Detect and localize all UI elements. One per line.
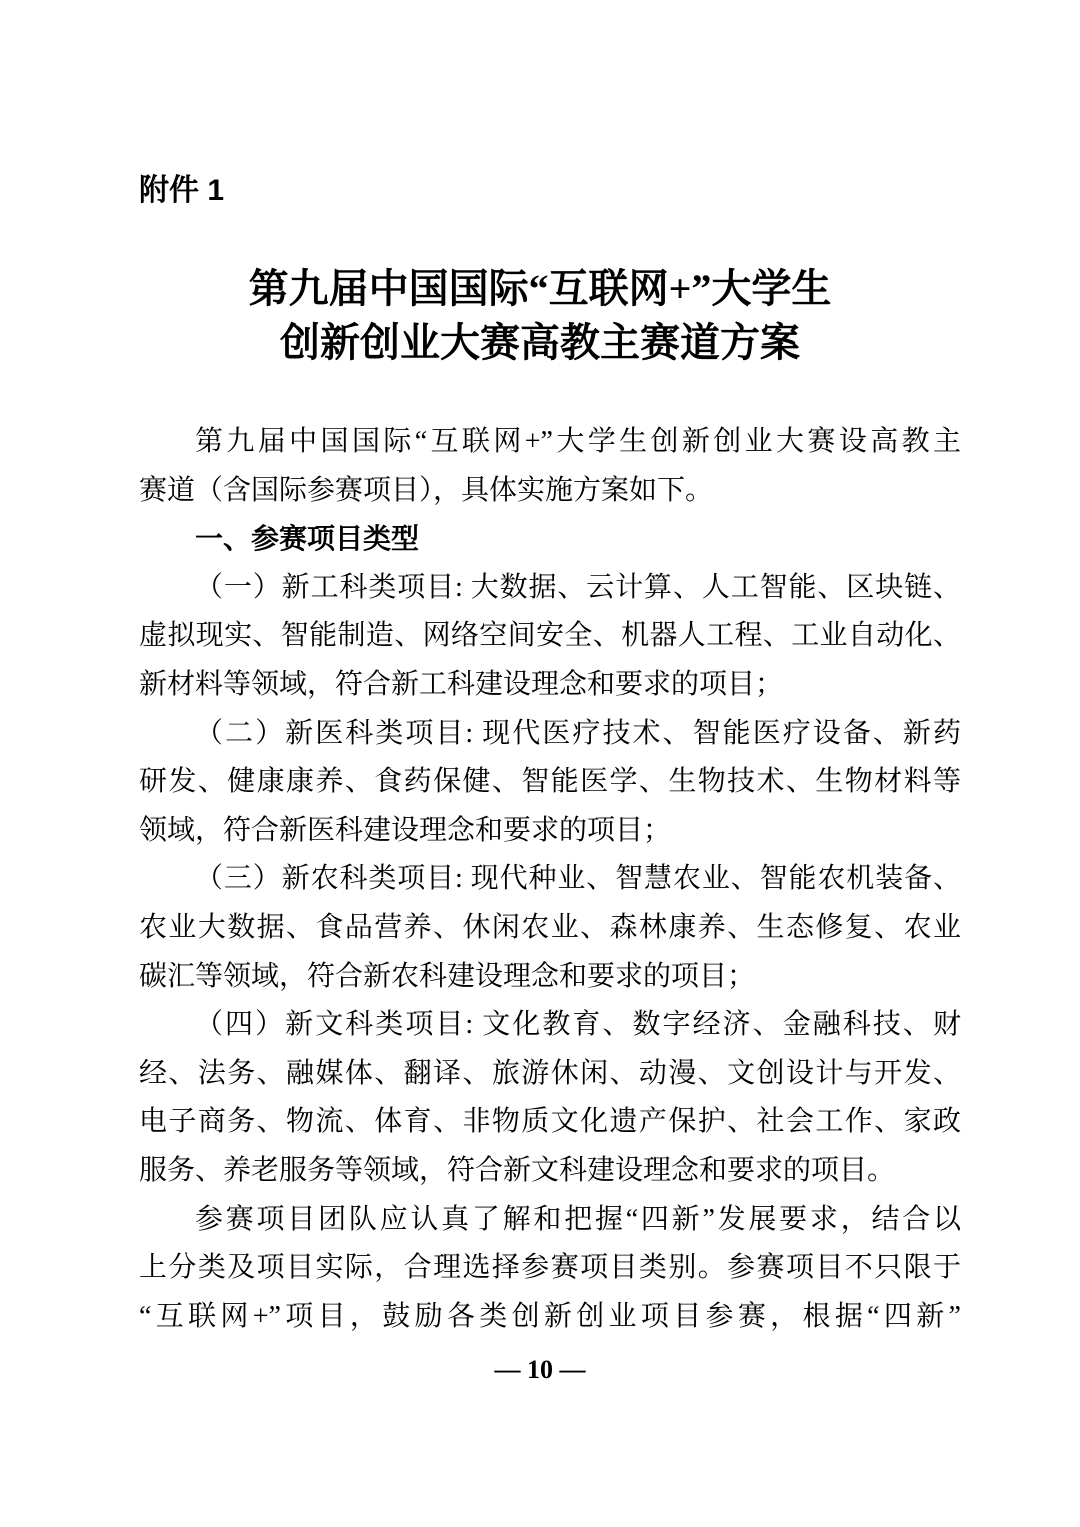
- document-title: 第九届中国国际“互联网+”大学生 创新创业大赛高教主赛道方案: [0, 262, 1080, 370]
- document-page: 附件 1 第九届中国国际“互联网+”大学生 创新创业大赛高教主赛道方案 第九届中…: [0, 0, 1080, 1527]
- title-line-1: 第九届中国国际“互联网+”大学生: [0, 262, 1080, 316]
- paragraph: 第九届中国国际“互联网+”大学生创新创业大赛设高教主赛道（含国际参赛项目），具体…: [139, 418, 961, 515]
- document-body: 第九届中国国际“互联网+”大学生创新创业大赛设高教主赛道（含国际参赛项目），具体…: [0, 418, 1080, 1341]
- body-line: 农业大数据、食品营养、休闲农业、森林康养、生态修复、农业: [139, 904, 961, 953]
- body-line: 领域，符合新医科建设理念和要求的项目；: [139, 807, 961, 856]
- body-line: 碳汇等领域，符合新农科建设理念和要求的项目；: [139, 953, 961, 1002]
- paragraph: 参赛项目团队应认真了解和把握“四新”发展要求，结合以上分类及项目实际，合理选择参…: [139, 1196, 961, 1342]
- body-line: 赛道（含国际参赛项目），具体实施方案如下。: [139, 467, 961, 516]
- attachment-label: 附件 1: [139, 170, 1080, 212]
- body-line: 服务、养老服务等领域，符合新文科建设理念和要求的项目。: [139, 1147, 961, 1196]
- body-line: （三）新农科类项目: 现代种业、智慧农业、智能农机装备、: [139, 855, 961, 904]
- page-footer: — 10 —: [0, 1354, 1080, 1386]
- page-number: — 10 —: [495, 1355, 586, 1384]
- body-line: （四）新文科类项目: 文化教育、数字经济、金融科技、财: [139, 1001, 961, 1050]
- body-line: 虚拟现实、智能制造、网络空间安全、机器人工程、工业自动化、: [139, 612, 961, 661]
- body-line: 研发、健康康养、食药保健、智能医学、生物技术、生物材料等: [139, 758, 961, 807]
- body-line: 经、法务、融媒体、翻译、旅游休闲、动漫、文创设计与开发、: [139, 1050, 961, 1099]
- paragraph: （一）新工科类项目: 大数据、云计算、人工智能、区块链、虚拟现实、智能制造、网络…: [139, 564, 961, 710]
- body-line: “互联网+”项目，鼓励各类创新创业项目参赛，根据“四新”: [139, 1293, 961, 1342]
- paragraph: （四）新文科类项目: 文化教育、数字经济、金融科技、财经、法务、融媒体、翻译、旅…: [139, 1001, 961, 1195]
- section-heading: 一、参赛项目类型: [139, 515, 961, 564]
- paragraph: （二）新医科类项目: 现代医疗技术、智能医疗设备、新药研发、健康康养、食药保健、…: [139, 710, 961, 856]
- body-line: 第九届中国国际“互联网+”大学生创新创业大赛设高教主: [139, 418, 961, 467]
- body-line: （二）新医科类项目: 现代医疗技术、智能医疗设备、新药: [139, 710, 961, 759]
- paragraph: （三）新农科类项目: 现代种业、智慧农业、智能农机装备、农业大数据、食品营养、休…: [139, 855, 961, 1001]
- body-line: （一）新工科类项目: 大数据、云计算、人工智能、区块链、: [139, 564, 961, 613]
- body-line: 参赛项目团队应认真了解和把握“四新”发展要求，结合以: [139, 1196, 961, 1245]
- title-line-2: 创新创业大赛高教主赛道方案: [0, 316, 1080, 370]
- body-line: 新材料等领域，符合新工科建设理念和要求的项目；: [139, 661, 961, 710]
- body-line: 电子商务、物流、体育、非物质文化遗产保护、社会工作、家政: [139, 1098, 961, 1147]
- heading-line: 一、参赛项目类型: [139, 515, 961, 564]
- body-line: 上分类及项目实际，合理选择参赛项目类别。参赛项目不只限于: [139, 1244, 961, 1293]
